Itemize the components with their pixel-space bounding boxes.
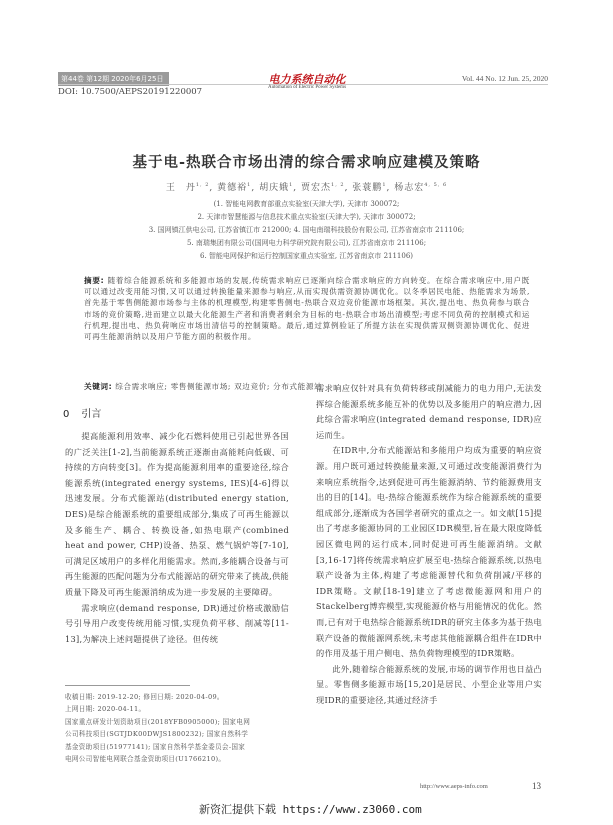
keywords-text: 综合需求响应; 零售侧能源市场; 双边竞价; 分布式能源站 xyxy=(115,382,322,391)
affiliation-line: 6. 智能电网保护和运行控制国家重点实验室, 江苏省南京市 211106) xyxy=(0,251,613,261)
body-column-left: 提高能源利用效率、减少化石燃料使用已引起世界各国的广泛关注[1-2],当前能源系… xyxy=(65,429,289,647)
doi-text: DOI: 10.7500/AEPS20191220007 xyxy=(58,87,202,97)
footnote-divider xyxy=(65,685,190,686)
author-list: 王 丹1, 2, 黄德裕1, 胡庆娥1, 贾宏杰1, 2, 张蓑鹏1, 杨志宏4… xyxy=(0,180,613,193)
download-watermark: 新资汇提供下载 https://www.z3060.com xyxy=(199,801,422,817)
footnote-line: 国家重点研发计划资助项目(2018YFB0905000); 国家电网 xyxy=(65,716,291,728)
author: 贾宏杰1, 2 xyxy=(301,183,345,193)
keywords-label: 关键词: xyxy=(84,382,112,391)
volume-info: Vol. 44 No. 12 Jun. 25, 2020 xyxy=(440,74,548,83)
abstract-label: 摘要: xyxy=(84,276,104,285)
author: 黄德裕1 xyxy=(217,183,251,193)
footnote-line: 基金资助项目(51977141); 国家自然科学基金委员会-国家 xyxy=(65,741,291,753)
affiliation-line: 3. 国网镇江供电公司, 江苏省镇江市 212000; 4. 国电南瑞科技股份有… xyxy=(0,225,613,235)
journal-url[interactable]: http://www.aeps-info.com xyxy=(420,783,488,790)
footnotes: 收稿日期: 2019-12-20; 修回日期: 2020-04-09。 上网日期… xyxy=(65,691,291,765)
abstract-text: 随着综合能源系统和多能源市场的发展,传统需求响应已逐渐向综合需求响应的方向转变。… xyxy=(84,276,530,341)
affiliation-line: (1. 智能电网教育部重点实验室(天津大学), 天津市 300072; xyxy=(0,199,613,209)
footnote-line: 上网日期: 2020-04-11。 xyxy=(65,703,291,715)
footnote-line: 电网公司智能电网联合基金资助项目(U1766210)。 xyxy=(65,753,291,765)
abstract: 摘要: 随着综合能源系统和多能源市场的发展,传统需求响应已逐渐向综合需求响应的方… xyxy=(84,275,530,342)
section-number: 0 xyxy=(63,409,69,420)
affiliation-line: 2. 天津市智慧能源与信息技术重点实验室(天津大学), 天津市 300072; xyxy=(0,212,613,222)
author: 张蓑鹏1 xyxy=(352,183,386,193)
author: 王 丹1, 2 xyxy=(166,183,210,193)
footnote-line: 收稿日期: 2019-12-20; 修回日期: 2020-04-09。 xyxy=(65,691,291,703)
paragraph: 提高能源利用效率、减少化石燃料使用已引起世界各国的广泛关注[1-2],当前能源系… xyxy=(65,429,289,601)
author: 杨志宏4, 5, 6 xyxy=(394,183,447,193)
paragraph: 此外,随着综合能源系统的发展,市场的调节作用也日益凸显。零售侧多能源市场[15,… xyxy=(316,662,542,709)
paragraph: 在IDR中,分布式能源站和多能用户均成为重要的响应资源。用户既可通过转换能量来源… xyxy=(316,443,542,661)
author: 胡庆娥1 xyxy=(259,183,293,193)
affiliation-line: 5. 南瑞集团有限公司(国网电力科学研究院有限公司), 江苏省南京市 21110… xyxy=(0,238,613,248)
paper-title: 基于电-热联合市场出清的综合需求响应建模及策略 xyxy=(0,151,613,172)
paragraph: 需求响应(demand response, DR)通过价格或激励信号引导用户改变… xyxy=(65,601,289,648)
paragraph: 需求响应仅针对具有负荷转移或削减能力的电力用户,无法发挥综合能源系统多能互补的优… xyxy=(316,381,542,443)
body-column-right: 需求响应仅针对具有负荷转移或削减能力的电力用户,无法发挥综合能源系统多能互补的优… xyxy=(316,381,542,708)
journal-name-en: Automation of Electric Power Systems xyxy=(248,85,366,90)
section-heading: 0引言 xyxy=(63,405,113,420)
page-number: 13 xyxy=(532,781,541,791)
footnote-line: 公司科技项目(SGTJDK00DWJS1800232); 国家自然科学 xyxy=(65,728,291,740)
section-title: 引言 xyxy=(81,409,101,420)
